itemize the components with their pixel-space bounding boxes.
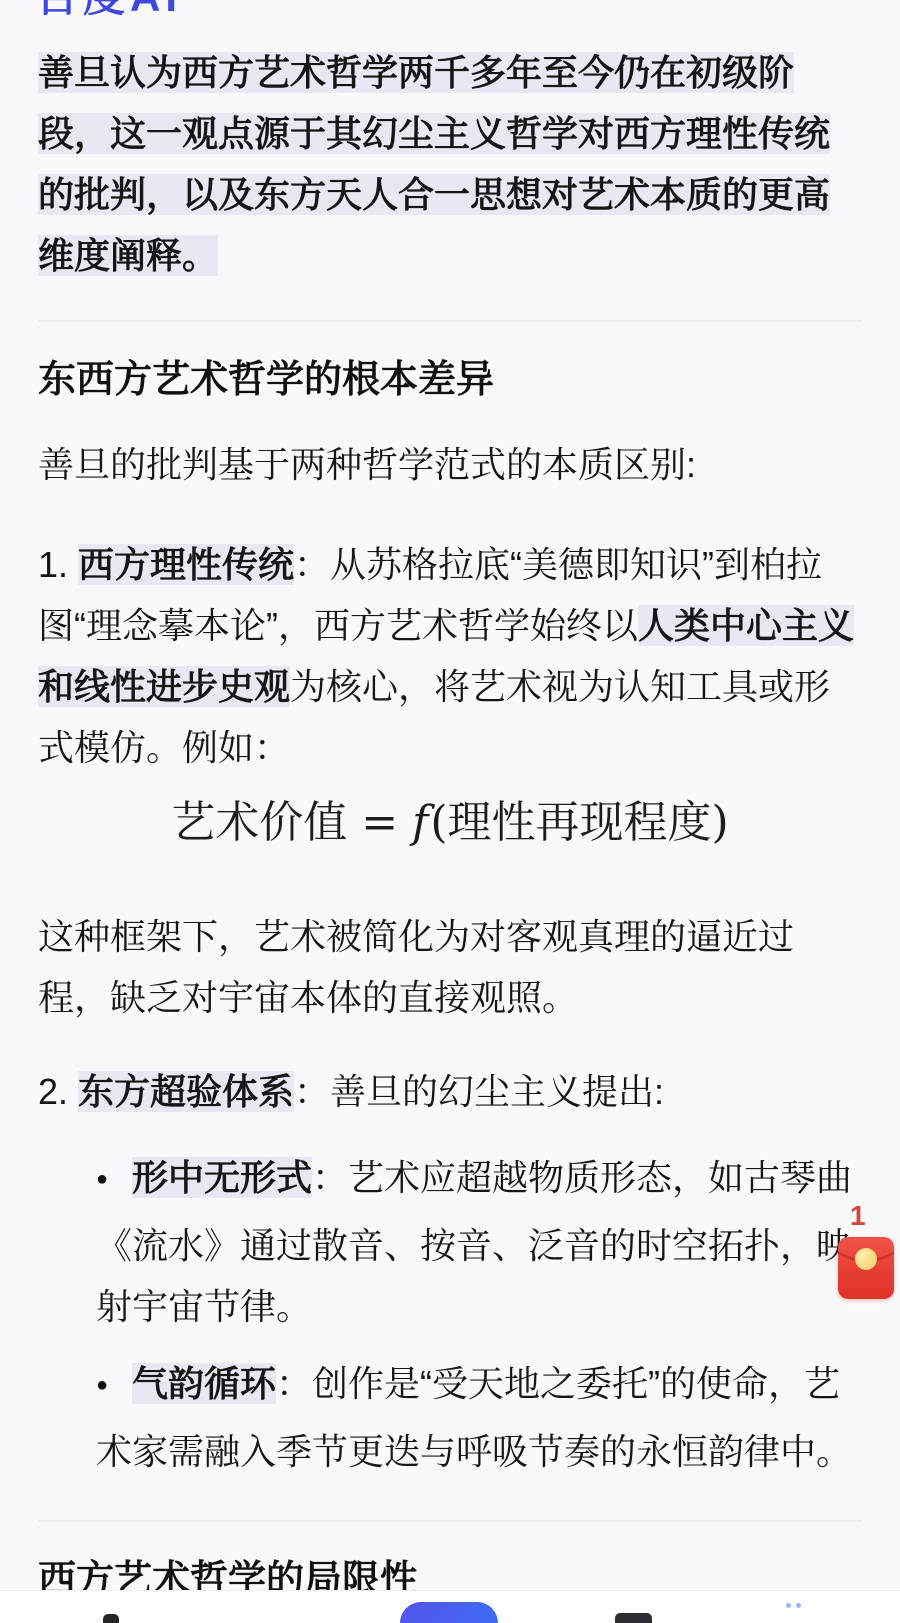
section1-title: 东西方艺术哲学的根本差异 [38,354,862,406]
article-content: 善旦认为西方艺术哲学两千多年至今仍在初级阶段，这一观点源于其幻尘主义哲学对西方理… [0,42,900,1606]
baidu-logo-fragment: 百度AI· [36,0,286,23]
numbered-point-2: 2. 东方超验体系：善旦的幻尘主义提出: [38,1061,862,1122]
bullet-2-term: 气韵循环 [132,1363,276,1404]
red-packet-badge-count: 1 [850,1200,866,1232]
toolbar-partial-icon-left[interactable] [103,1614,119,1623]
baidu-logo-text: 百度AI· [36,0,286,18]
intro-highlighted-text: 善旦认为西方艺术哲学两千多年至今仍在初级阶段，这一观点源于其幻尘主义哲学对西方理… [38,52,830,276]
point-2-term: 东方超验体系 [78,1071,294,1112]
formula-function-symbol: f [412,797,430,848]
toolbar-blue-button[interactable] [400,1602,498,1623]
red-packet-icon[interactable] [838,1237,894,1299]
section1-lead: 善旦的批判基于两种哲学范式的本质区别: [38,434,862,495]
section-divider-1 [38,320,862,322]
bullet-item-2: 气韵循环：创作是“受天地之委托”的使命，艺术家需融入季节更迭与呼吸节奏的永恒韵律… [96,1353,862,1482]
bullet-item-1: 形中无形式：艺术应超越物质形态，如古琴曲《流水》通过散音、按音、泛音的时空拓扑，… [96,1147,862,1337]
point-1-term: 西方理性传统 [78,544,294,585]
bullet-1-term: 形中无形式 [132,1157,312,1198]
section-divider-2 [38,1520,862,1522]
point-1-number: 1. [38,544,78,585]
numbered-point-1: 1. 西方理性传统：从苏格拉底“美德即知识”到柏拉图“理念摹本论”，西方艺术哲学… [38,534,862,778]
point-2-number: 2. [38,1071,78,1112]
intro-paragraph: 善旦认为西方艺术哲学两千多年至今仍在初级阶段，这一观点源于其幻尘主义哲学对西方理… [38,42,862,286]
point-2-text: ：善旦的幻尘主义提出: [294,1071,664,1112]
math-formula: 艺术价值 = f(理性再现程度) [38,791,862,855]
after-formula-paragraph: 这种框架下，艺术被简化为对客观真理的逼近过程，缺乏对宇宙本体的直接观照。 [38,906,862,1028]
bottom-toolbar [0,1590,900,1623]
formula-left: 艺术价值 = [171,797,412,848]
formula-right: (理性再现程度) [430,797,728,848]
bullet-list: 形中无形式：艺术应超越物质形态，如古琴曲《流水》通过散音、按音、泛音的时空拓扑，… [38,1147,862,1482]
toolbar-partial-icon-right[interactable] [615,1613,652,1623]
toolbar-faint-dots-icon [786,1595,806,1613]
